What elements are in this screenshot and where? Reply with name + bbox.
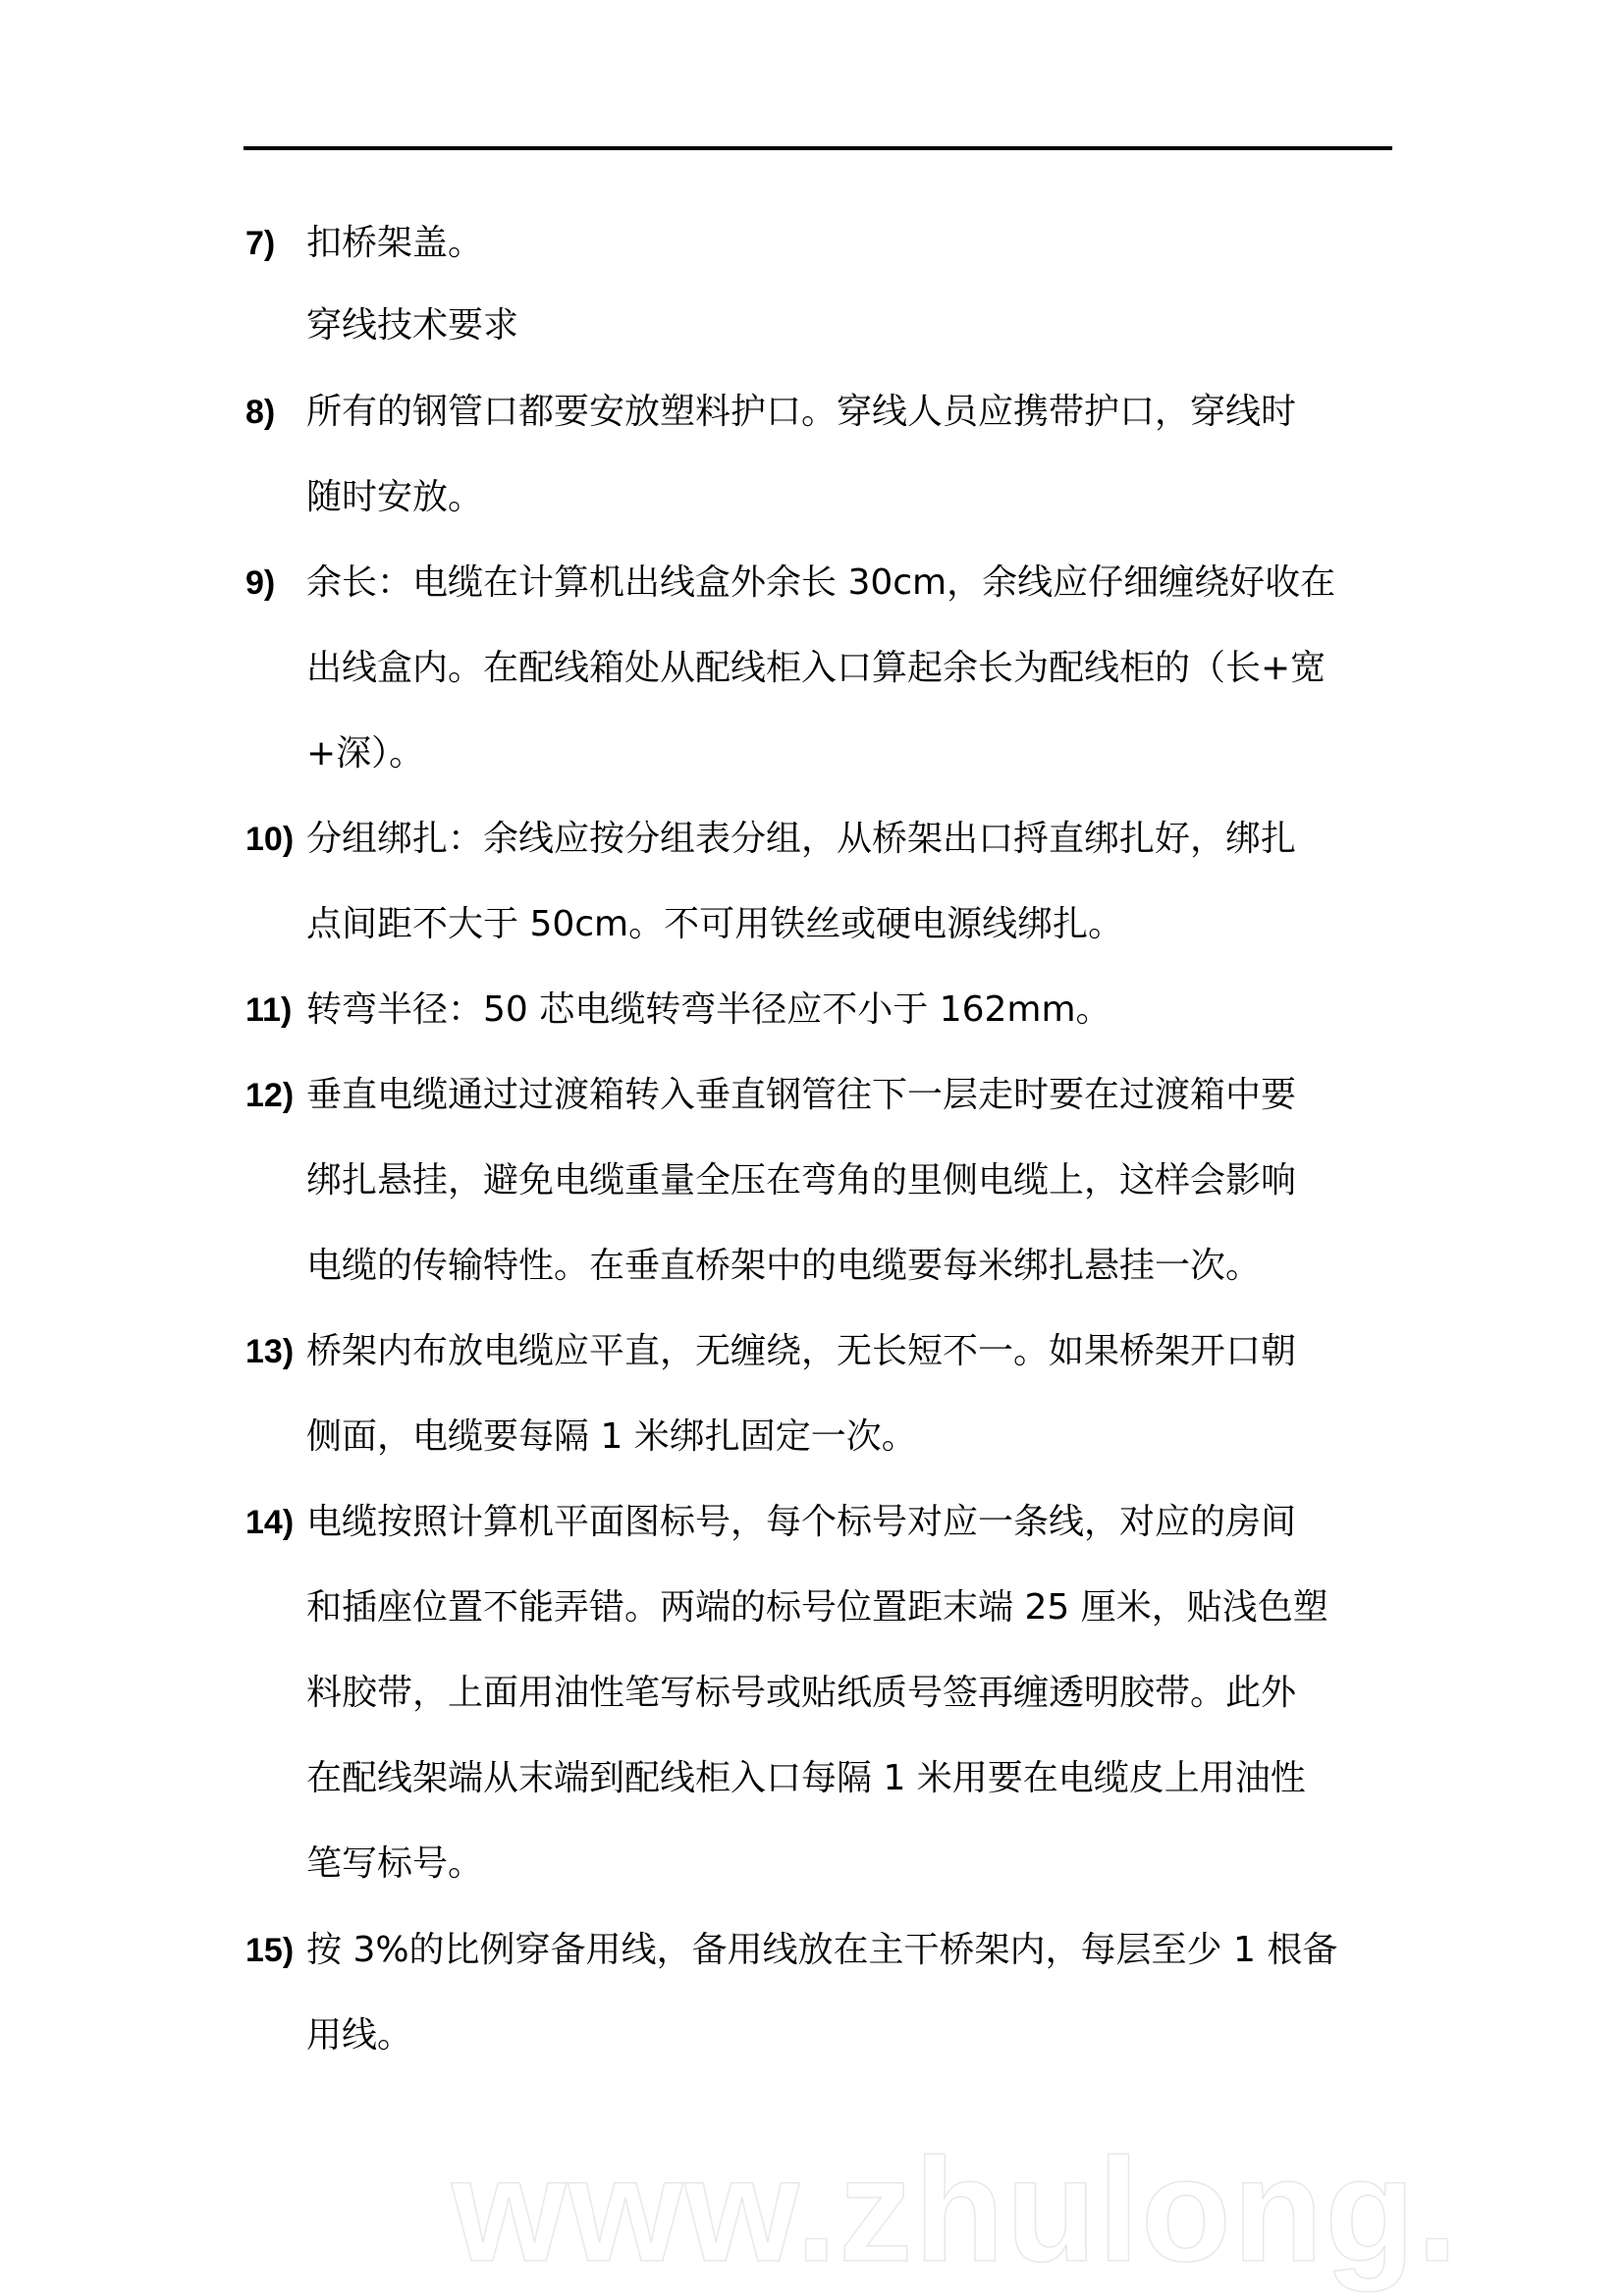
item-text: 桥架内布放电缆应平直，无缠绕，无长短不一。如果桥架开口朝 (306, 1330, 1296, 1373)
item-number: 12) (245, 1074, 294, 1117)
item-number: 8) (245, 391, 275, 434)
item-text: +深）。 (306, 732, 424, 775)
item-text: 侧面，电缆要每隔 1 米绑扎固定一次。 (306, 1415, 917, 1459)
item-number: 13) (245, 1330, 294, 1373)
item-text: 笔写标号。 (306, 1842, 483, 1886)
item-text: 绑扎悬挂，避免电缆重量全压在弯角的里侧电缆上，这样会影响 (306, 1159, 1296, 1202)
item-text: 点间距不大于 50cm。不可用铁丝或硬电源线绑扎。 (306, 903, 1123, 946)
item-text: 料胶带，上面用油性笔写标号或贴纸质号签再缠透明胶带。此外 (306, 1672, 1296, 1715)
item-text: 用线。 (306, 2014, 412, 2057)
item-text: 在配线架端从末端到配线柜入口每隔 1 米用要在电缆皮上用油性 (306, 1757, 1306, 1800)
item-text: 和插座位置不能弄错。两端的标号位置距末端 25 厘米，贴浅色塑 (306, 1586, 1328, 1629)
watermark: www.zhulong. (452, 2125, 1460, 2295)
item-text: 分组绑扎：余线应按分组表分组，从桥架出口捋直绑扎好，绑扎 (306, 818, 1296, 861)
item-number: 15) (245, 1929, 294, 1972)
item-text: 余长：电缆在计算机出线盒外余长 30cm，余线应仔细缠绕好收在 (306, 561, 1335, 605)
item-number: 14) (245, 1501, 294, 1544)
header-rule (244, 146, 1392, 150)
item-number: 10) (245, 818, 294, 861)
item-text: 按 3%的比例穿备用线，备用线放在主干桥架内，每层至少 1 根备 (306, 1929, 1337, 1972)
item-text: 垂直电缆通过过渡箱转入垂直钢管往下一层走时要在过渡箱中要 (306, 1074, 1296, 1117)
item-text: 转弯半径：50 芯电缆转弯半径应不小于 162mm。 (306, 988, 1111, 1032)
item-text: 随时安放。 (306, 476, 483, 519)
item-text: 所有的钢管口都要安放塑料护口。穿线人员应携带护口，穿线时 (306, 391, 1296, 434)
item-text: 电缆按照计算机平面图标号，每个标号对应一条线，对应的房间 (306, 1501, 1296, 1544)
item-number: 7) (245, 222, 275, 265)
item-number: 9) (245, 561, 275, 605)
section-subheading: 穿线技术要求 (306, 304, 518, 347)
item-text: 出线盒内。在配线箱处从配线柜入口算起余长为配线柜的（长+宽 (306, 647, 1326, 690)
item-text: 扣桥架盖。 (306, 222, 483, 265)
item-text: 电缆的传输特性。在垂直桥架中的电缆要每米绑扎悬挂一次。 (306, 1245, 1261, 1288)
item-number: 11) (245, 988, 292, 1032)
